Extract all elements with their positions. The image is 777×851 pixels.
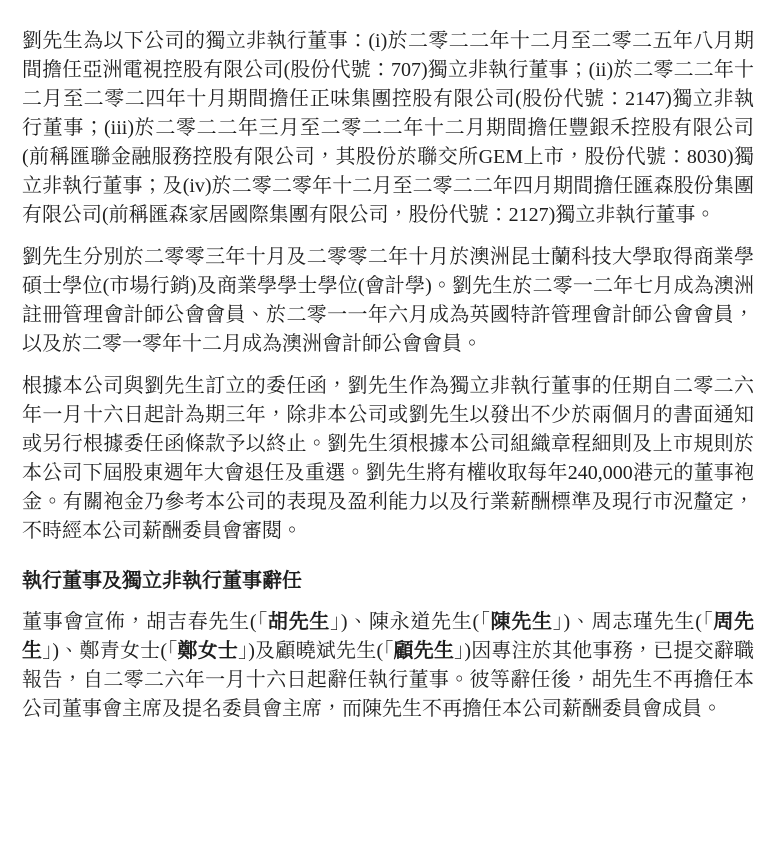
defined-term-mr-hu: 胡先生 [268, 611, 330, 633]
text-run: 」)、周志瑾先生(「 [553, 611, 714, 633]
defined-term-mr-gu: 顧先生 [394, 640, 455, 662]
section-heading-resignations: 執行董事及獨立非執行董事辭任 [22, 567, 754, 596]
text-run: 董事會宣佈，胡吉春先生(「 [22, 611, 268, 633]
paragraph-text: 劉先生為以下公司的獨立非執行董事：(i)於二零二二年十二月至二零二五年八月期間擔… [22, 30, 754, 226]
text-run: 」)、鄭青女士(「 [42, 640, 177, 662]
paragraph-text: 根據本公司與劉先生訂立的委任函，劉先生作為獨立非執行董事的任期自二零二六年一月十… [22, 375, 754, 542]
paragraph-text: 劉先生分別於二零零三年十月及二零零二年十月於澳洲昆士蘭科技大學取得商業學碩士學位… [22, 246, 754, 355]
paragraph-independent-directorships: 劉先生為以下公司的獨立非執行董事：(i)於二零二二年十二月至二零二五年八月期間擔… [22, 27, 754, 230]
defined-term-mr-chan: 陳先生 [491, 611, 553, 633]
text-run: 」)、陳永道先生(「 [330, 611, 491, 633]
heading-text: 執行董事及獨立非執行董事辭任 [22, 570, 302, 592]
defined-term-ms-cheng: 鄭女士 [177, 640, 238, 662]
document-page: 劉先生為以下公司的獨立非執行董事：(i)於二零二二年十二月至二零二五年八月期間擔… [0, 0, 777, 724]
paragraph-resignations: 董事會宣佈，胡吉春先生(「胡先生」)、陳永道先生(「陳先生」)、周志瑾先生(「周… [22, 608, 754, 724]
paragraph-qualifications: 劉先生分別於二零零三年十月及二零零二年十月於澳洲昆士蘭科技大學取得商業學碩士學位… [22, 243, 754, 359]
paragraph-appointment-terms: 根據本公司與劉先生訂立的委任函，劉先生作為獨立非執行董事的任期自二零二六年一月十… [22, 372, 754, 546]
text-run: 」)及顧曉斌先生(「 [238, 640, 393, 662]
